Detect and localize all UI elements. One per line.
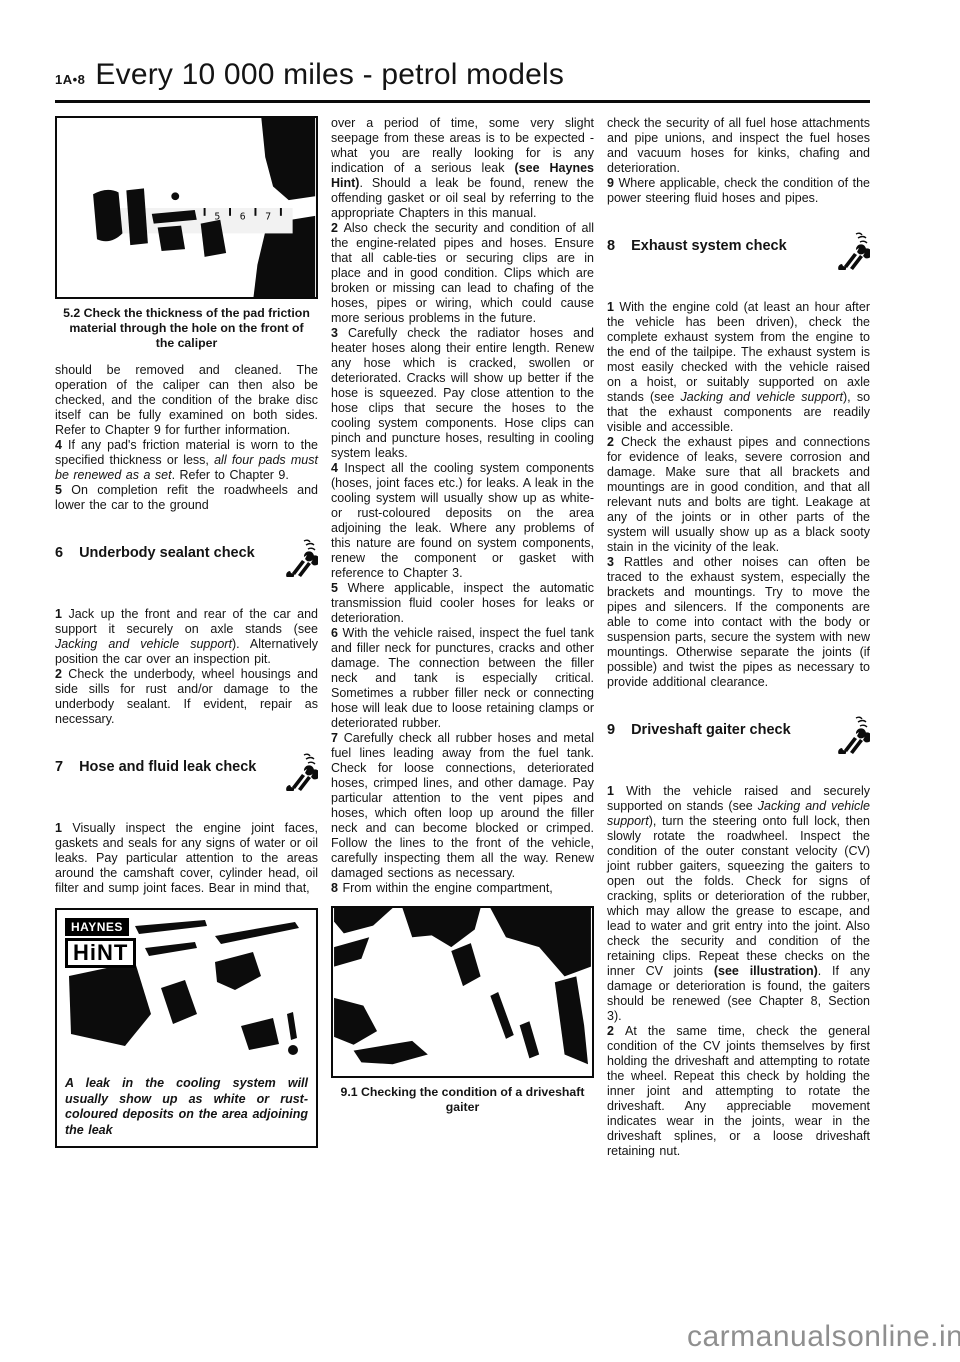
paragraph: 2 Check the underbody, wheel housings an… [55, 667, 318, 727]
section-9-title: 9Driveshaft gaiter check [607, 716, 791, 738]
right-column: check the security of all fuel hose atta… [607, 116, 870, 1159]
spanner-difficulty-icon [836, 714, 870, 754]
paragraph: 4 Inspect all the cooling system compone… [331, 461, 594, 581]
paragraph: 1 Jack up the front and rear of the car … [55, 607, 318, 667]
section-title-text: Underbody sealant check [79, 545, 255, 561]
haynes-hint-box: HAYNES HiNT A leak in the cooling system… [55, 908, 318, 1148]
paragraph: 1 With the engine cold (at least an hour… [607, 300, 870, 435]
section-6-title: 6Underbody sealant check [55, 539, 255, 561]
haynes-logo-text: HAYNES [65, 918, 129, 936]
section-9-heading: 9Driveshaft gaiter check [607, 716, 870, 754]
paragraph: 2 Check the exhaust pipes and connection… [607, 435, 870, 555]
section-number: 6 [55, 545, 63, 561]
paragraph: 2 At the same time, check the general co… [607, 1024, 870, 1159]
hint-caption: A leak in the cooling system will usuall… [65, 1076, 308, 1138]
manual-page: 1A•8 Every 10 000 miles - petrol models … [0, 0, 960, 1362]
paragraph: 8 From within the engine compartment, [331, 881, 594, 896]
middle-column: over a period of time, some very slight … [331, 116, 594, 1159]
paragraph: 5 Where applicable, inspect the automati… [331, 581, 594, 626]
section-title-text: Driveshaft gaiter check [631, 722, 791, 738]
spanner-difficulty-icon [836, 230, 870, 270]
figure-5-2-caption: 5.2 Check the thickness of the pad frict… [59, 306, 314, 351]
section-number: 7 [55, 759, 63, 775]
paragraph: 3 Rattles and other noises can often be … [607, 555, 870, 690]
section-7-heading: 7Hose and fluid leak check [55, 753, 318, 791]
page-header: 1A•8 Every 10 000 miles - petrol models [55, 58, 870, 103]
paragraph: 4 If any pad's friction material is worn… [55, 438, 318, 483]
hint-logo-text: HiNT [65, 938, 136, 968]
spanner-difficulty-icon [284, 537, 318, 577]
page-number: 1A•8 [55, 72, 85, 87]
paragraph: 1 With the vehicle raised and securely s… [607, 784, 870, 1024]
figure-9-1-caption: 9.1 Checking the condition of a drivesha… [335, 1085, 590, 1115]
section-8-title: 8Exhaust system check [607, 232, 787, 254]
spanner-difficulty-icon [284, 751, 318, 791]
figure-9-1-photo [331, 906, 594, 1078]
section-number: 9 [607, 722, 615, 738]
paragraph: 7 Carefully check all rubber hoses and m… [331, 731, 594, 881]
paragraph: should be removed and cleaned. The opera… [55, 363, 318, 438]
page-title: Every 10 000 miles - petrol models [95, 58, 564, 92]
section-6-heading: 6Underbody sealant check [55, 539, 318, 577]
paragraph: 9 Where applicable, check the condition … [607, 176, 870, 206]
watermark: carmanualsonline.info [687, 1320, 960, 1354]
left-column: 567 5.2 Check the thickness of the pad f… [55, 116, 318, 1159]
section-number: 8 [607, 238, 615, 254]
paragraph: check the security of all fuel hose atta… [607, 116, 870, 176]
paragraph: 5 On completion refit the roadwheels and… [55, 483, 318, 513]
paragraph: 2 Also check the security and condition … [331, 221, 594, 326]
svg-text:6: 6 [240, 212, 246, 223]
paragraph: over a period of time, some very slight … [331, 116, 594, 221]
paragraph: 6 With the vehicle raised, inspect the f… [331, 626, 594, 731]
paragraph: 3 Carefully check the radiator hoses and… [331, 326, 594, 461]
section-title-text: Hose and fluid leak check [79, 759, 256, 775]
section-title-text: Exhaust system check [631, 238, 787, 254]
svg-text:7: 7 [265, 212, 271, 223]
section-7-title: 7Hose and fluid leak check [55, 753, 256, 775]
haynes-hint-logo: HAYNES HiNT [65, 918, 136, 968]
figure-5-2-photo: 567 [55, 116, 318, 299]
paragraph: 1 Visually inspect the engine joint face… [55, 821, 318, 896]
section-8-heading: 8Exhaust system check [607, 232, 870, 270]
